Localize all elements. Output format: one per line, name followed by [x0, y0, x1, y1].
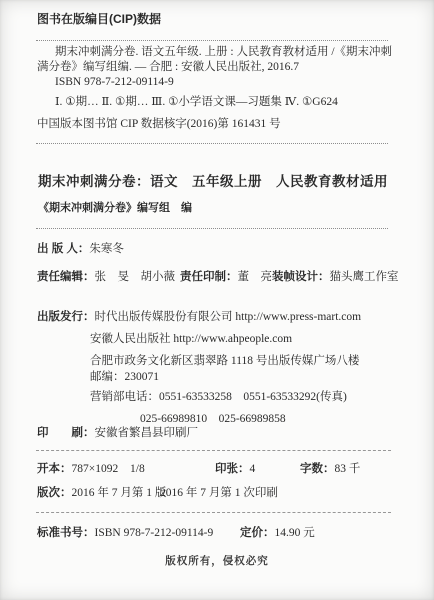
print-supervisor-label: 责任印制：	[180, 271, 238, 283]
editor-label: 责任编辑：	[37, 271, 95, 283]
editor-value: 张 旻 胡小薇	[95, 271, 176, 283]
format-value: 787×1092	[72, 463, 119, 475]
distribution-label: 出版发行：	[37, 311, 95, 323]
editor-row: 责任编辑：张 旻 胡小薇	[37, 272, 175, 284]
cip-isbn: ISBN 978-7-212-09114-9	[55, 77, 174, 89]
format-label: 开本：	[37, 463, 72, 475]
standard-isbn-label: 标准书号：	[37, 527, 95, 539]
cip-header: 图书在版编目(CIP)数据	[37, 13, 161, 25]
press-line: 安徽人民出版社 http://www.ahpeople.com	[90, 334, 292, 346]
format-spec: 开本：787×1092	[37, 464, 118, 476]
phone-line-2: 025-66989810 025-66989858	[140, 414, 286, 426]
words-value: 83 千	[335, 463, 361, 475]
impression-value: 2016 年 7 月第 1 次印刷	[160, 488, 278, 500]
publisher-person-row: 出 版 人：朱寒冬	[37, 244, 124, 256]
sheets-label: 印张：	[215, 463, 250, 475]
format-fraction: 1/8	[130, 464, 145, 476]
print-supervisor-value: 董 亮	[238, 271, 273, 283]
divider-dotted-title	[36, 228, 388, 229]
publisher-person-label: 出 版 人：	[37, 243, 89, 255]
cip-classification: Ⅰ. ①期… Ⅱ. ①期… Ⅲ. ①小学语文课—习题集 Ⅳ. ①G624	[55, 97, 338, 109]
words-spec: 字数：83 千	[300, 464, 360, 476]
printer-value: 安徽省繁昌县印刷厂	[95, 427, 199, 439]
divider-dotted-top	[36, 40, 388, 41]
printer-row: 印 刷：安徽省繁昌县印刷厂	[37, 428, 198, 440]
distribution-value: 时代出版传媒股份有限公司 http://www.press-mart.com	[95, 311, 362, 323]
divider-dotted-cip	[36, 143, 388, 144]
postcode-line: 邮编：230071	[90, 372, 159, 384]
book-title: 期末冲刺满分卷：语文 五年级上册 人民教育教材适用	[38, 175, 388, 189]
distribution-row: 出版发行：时代出版传媒股份有限公司 http://www.press-mart.…	[37, 312, 361, 324]
cip-description-line1: 期末冲刺满分卷. 语文五年级. 上册 : 人民教育教材适用 /《期末冲刺	[55, 47, 392, 59]
printer-label: 印 刷：	[37, 427, 95, 439]
design-value: 猫头鹰工作室	[330, 271, 399, 283]
price-row: 定价：14.90 元	[240, 528, 315, 540]
address-line: 合肥市政务文化新区翡翠路 1118 号出版传媒广场八楼	[90, 356, 359, 368]
divider-dashed-edition	[36, 512, 391, 513]
book-byline: 《期末冲刺满分卷》编写组 编	[38, 203, 192, 214]
price-value: 14.90 元	[275, 527, 315, 539]
design-row: 装帧设计：猫头鹰工作室	[272, 272, 399, 284]
design-label: 装帧设计：	[272, 271, 330, 283]
sheets-spec: 印张：4	[215, 464, 255, 476]
edition-spec: 版次：2016 年 7 月第 1 版	[37, 488, 166, 500]
divider-dashed-printer	[36, 450, 391, 451]
copyright-notice: 版权所有，侵权必究	[0, 553, 434, 568]
cip-description-line2: 满分卷》编写组编. — 合肥 : 安徽人民出版社, 2016.7	[37, 62, 299, 74]
publisher-person-value: 朱寒冬	[89, 243, 124, 255]
price-label: 定价：	[240, 527, 275, 539]
print-supervisor-row: 责任印制：董 亮	[180, 272, 272, 284]
phone-line: 营销部电话：0551-63533258 0551-63533292(传真)	[90, 392, 347, 404]
cip-record-number: 中国版本图书馆 CIP 数据核字(2016)第 161431 号	[37, 119, 281, 131]
edition-label: 版次：	[37, 487, 72, 499]
sheets-value: 4	[250, 463, 256, 475]
copyright-page: 图书在版编目(CIP)数据 期末冲刺满分卷. 语文五年级. 上册 : 人民教育教…	[0, 0, 434, 600]
standard-isbn-value: ISBN 978-7-212-09114-9	[95, 527, 214, 539]
standard-isbn-row: 标准书号：ISBN 978-7-212-09114-9	[37, 528, 213, 540]
words-label: 字数：	[300, 463, 335, 475]
edition-value: 2016 年 7 月第 1 版	[72, 487, 167, 499]
